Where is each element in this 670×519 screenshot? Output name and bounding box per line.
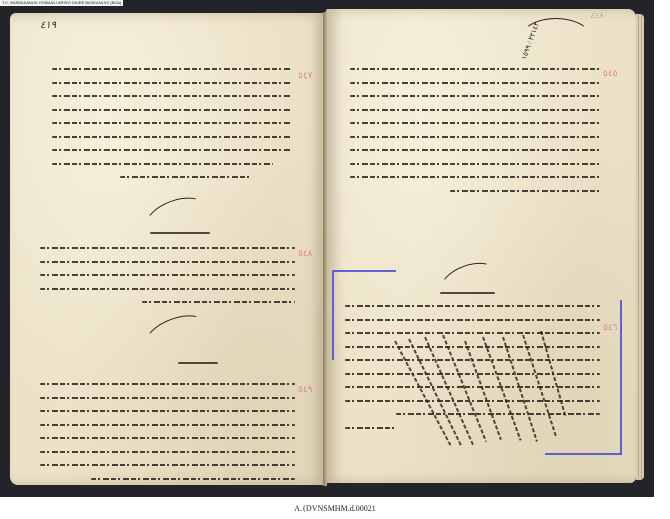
entry-text-block bbox=[40, 383, 295, 491]
manuscript-scan: ٤١٩ ٤١٨ ٢٢١٤٣ / ١٥٩٩ ٥٤٧ ٥٤٨ ٥٤٩ ٥٤٥ ٥٤٦ bbox=[0, 0, 654, 497]
entry-heading bbox=[150, 232, 210, 234]
reference-swash bbox=[520, 18, 592, 60]
page-edges bbox=[636, 14, 644, 480]
entry-text-block bbox=[52, 68, 292, 190]
entry-number: ٥٤٩ bbox=[298, 384, 313, 395]
marginal-notes bbox=[395, 330, 585, 470]
right-folio-number: ٤١٨ bbox=[590, 11, 603, 20]
entry-number: ٥٤٨ bbox=[298, 248, 313, 259]
entry-text-block bbox=[350, 68, 600, 203]
left-folio-number: ٤١٩ bbox=[40, 20, 56, 31]
entry-number: ٥٤٧ bbox=[298, 70, 313, 81]
entry-number: ٥٤٥ bbox=[603, 68, 618, 79]
entry-heading bbox=[440, 292, 495, 294]
entry-number: ٥٤٦ bbox=[603, 322, 618, 333]
document-catalog-id: A.{DVNSMHM.d.00021 bbox=[0, 504, 670, 513]
entry-heading bbox=[178, 362, 218, 364]
archive-watermark: T.C. BASBAKANLIK OSMANLI ARSIVI DAIRE BA… bbox=[0, 0, 123, 6]
book-gutter bbox=[323, 12, 327, 486]
entry-text-block bbox=[40, 247, 295, 315]
